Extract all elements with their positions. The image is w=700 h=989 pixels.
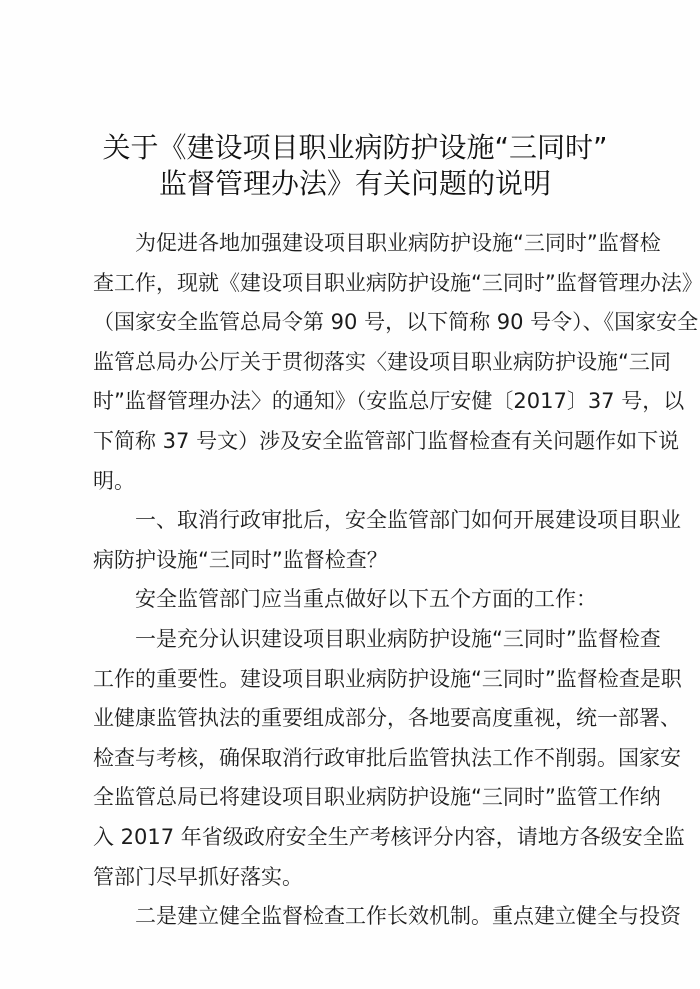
section-heading-line: 一、取消行政审批后，安全监管部门如何开展建设项目职业 (93, 501, 617, 541)
body-line: 业健康监管执法的重要组成部分，各地要高度重视，统一部署、 (93, 699, 617, 739)
body-line: 安全监管部门应当重点做好以下五个方面的工作： (93, 580, 617, 620)
body-line: 入 2017 年省级政府安全生产考核评分内容，请地方各级安全监 (93, 818, 617, 858)
body-line: 二是建立健全监督检查工作长效机制。重点建立健全与投资 (93, 897, 617, 937)
body-line: 一是充分认识建设项目职业病防护设施“三同时”监督检查 (93, 620, 617, 660)
body-line: 管部门尽早抓好落实。 (93, 858, 617, 898)
body-line: 全监管总局已将建设项目职业病防护设施“三同时”监管工作纳 (93, 778, 617, 818)
body-line: 下简称 37 号文）涉及安全监管部门监督检查有关问题作如下说 (93, 422, 617, 462)
document-body: 为促进各地加强建设项目职业病防护设施“三同时”监督检 查工作，现就《建设项目职业… (93, 224, 617, 937)
title-line-2: 监督管理办法》有关问题的说明 (90, 166, 620, 202)
title-line-1: 关于《建设项目职业病防护设施“三同时” (90, 130, 620, 166)
body-line: 监管总局办公厅关于贯彻落实〈建设项目职业病防护设施“三同 (93, 343, 617, 383)
body-line: 查工作，现就《建设项目职业病防护设施“三同时”监督管理办法》 (93, 264, 617, 304)
section-heading-line: 病防护设施“三同时”监督检查？ (93, 541, 617, 581)
document-page: 关于《建设项目职业病防护设施“三同时” 监督管理办法》有关问题的说明 为促进各地… (0, 0, 700, 989)
body-line: 为促进各地加强建设项目职业病防护设施“三同时”监督检 (93, 224, 617, 264)
body-line: 明。 (93, 462, 617, 502)
body-line: 时”监督管理办法〉的通知》（安监总厅安健〔2017〕37 号，以 (93, 382, 617, 422)
body-line: 检查与考核，确保取消行政审批后监管执法工作不削弱。国家安 (93, 739, 617, 779)
body-line: 工作的重要性。建设项目职业病防护设施“三同时”监督检查是职 (93, 660, 617, 700)
body-line: （国家安全监管总局令第 90 号，以下简称 90 号令）、《国家安全 (93, 303, 617, 343)
document-title: 关于《建设项目职业病防护设施“三同时” 监督管理办法》有关问题的说明 (90, 130, 620, 202)
